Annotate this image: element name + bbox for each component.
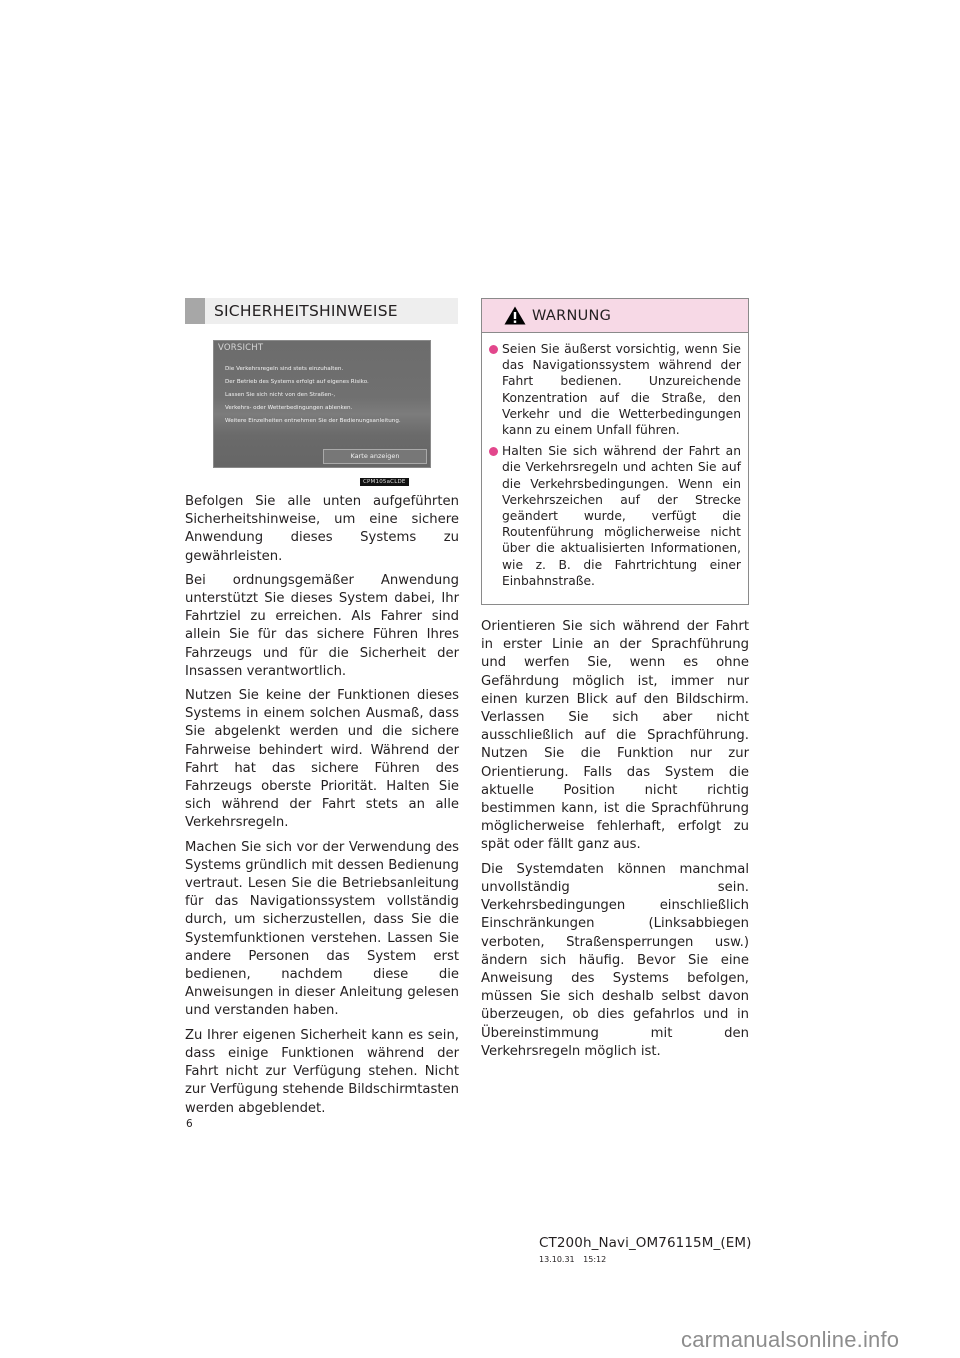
warning-item-text: Halten Sie sich während der Fahrt an die… (502, 444, 741, 588)
paragraph: Orientieren Sie sich während der Fahrt i… (481, 618, 749, 855)
warning-body: Seien Sie äußerst vorsichtig, wenn Sie d… (482, 333, 748, 604)
paragraph: Machen Sie sich vor der Verwendung des S… (185, 839, 459, 1021)
warning-triangle-icon (504, 306, 526, 325)
warning-item-text: Seien Sie äußerst vorsichtig, wenn Sie d… (502, 342, 741, 437)
warning-item: Seien Sie äußerst vorsichtig, wenn Sie d… (489, 341, 741, 438)
warning-header: WARNUNG (482, 299, 748, 333)
section-title: SICHERHEITSHINWEISE (205, 298, 398, 324)
show-map-button: Karte anzeigen (323, 449, 427, 464)
paragraph: Die Systemdaten können manchmal unvollst… (481, 861, 749, 1061)
paragraph: Bei ordnungsgemäßer Anwendung unterstütz… (185, 572, 459, 681)
paragraph: Nutzen Sie keine der Funktionen dieses S… (185, 687, 459, 833)
document-timestamp: 13.10.31 15:12 (539, 1255, 606, 1264)
paragraph: Befolgen Sie alle unten aufgeführten Sic… (185, 493, 459, 566)
manual-page: SICHERHEITSHINWEISE VORSICHT Die Verkehr… (0, 0, 960, 1358)
right-column: WARNUNG Seien Sie äußerst vorsichtig, we… (481, 298, 749, 1067)
screenshot-title: VORSICHT (218, 343, 263, 353)
bullet-icon (489, 447, 498, 456)
left-body-text: Befolgen Sie alle unten aufgeführten Sic… (185, 493, 459, 1118)
right-body-text: Orientieren Sie sich während der Fahrt i… (481, 618, 749, 1061)
document-code: CT200h_Navi_OM76115M_(EM) (539, 1235, 751, 1251)
screenshot-line: Weitere Einzelheiten entnehmen Sie der B… (225, 415, 401, 428)
screenshot-line: Der Betrieb des Systems erfolgt auf eige… (225, 376, 401, 389)
paragraph: Zu Ihrer eigenen Sicherheit kann es sein… (185, 1027, 459, 1118)
screenshot-message: Die Verkehrsregeln sind stets einzuhalte… (225, 363, 401, 428)
display-screenshot: VORSICHT Die Verkehrsregeln sind stets e… (213, 340, 431, 468)
section-header: SICHERHEITSHINWEISE (185, 298, 458, 324)
screenshot-line: Lassen Sie sich nicht von den Straßen-, (225, 389, 401, 402)
warning-title: WARNUNG (532, 308, 611, 324)
bullet-icon (489, 345, 498, 354)
warning-item: Halten Sie sich während der Fahrt an die… (489, 443, 741, 589)
screenshot-line: Die Verkehrsregeln sind stets einzuhalte… (225, 363, 401, 376)
watermark[interactable]: carmanualsonline.info (681, 1327, 899, 1353)
warning-box: WARNUNG Seien Sie äußerst vorsichtig, we… (481, 298, 749, 605)
left-column: SICHERHEITSHINWEISE VORSICHT Die Verkehr… (185, 298, 459, 1124)
screenshot-line: Verkehrs- oder Wetterbedingungen ablenke… (225, 402, 401, 415)
page-number: 6 (186, 1118, 193, 1130)
section-marker (185, 298, 205, 324)
image-code: CPM105aCLDE (360, 478, 409, 486)
